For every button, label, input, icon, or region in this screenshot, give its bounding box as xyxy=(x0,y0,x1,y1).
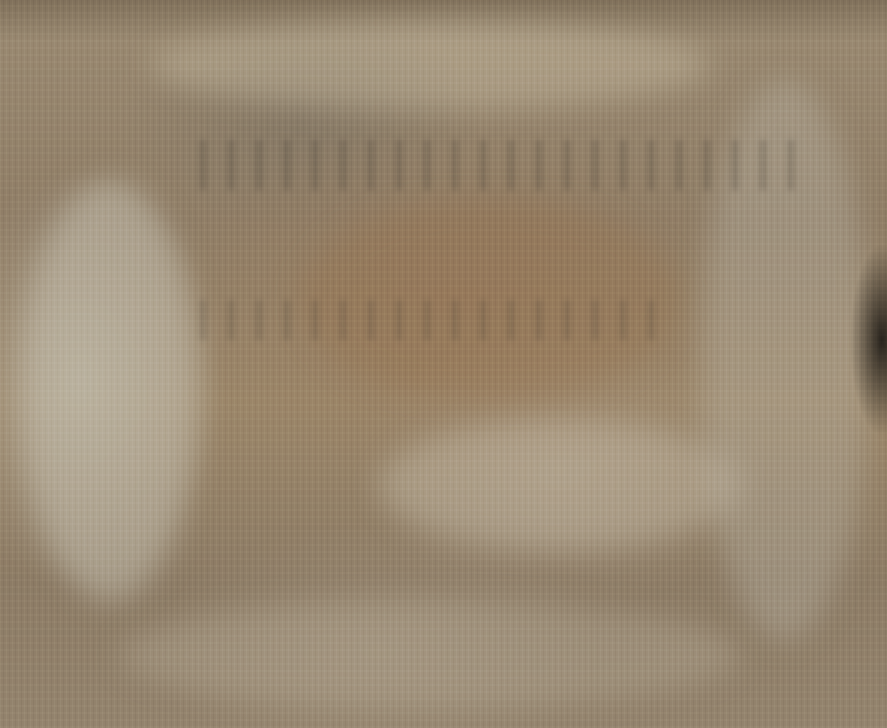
brush-texture xyxy=(0,0,887,728)
painted-canvas xyxy=(0,0,887,728)
